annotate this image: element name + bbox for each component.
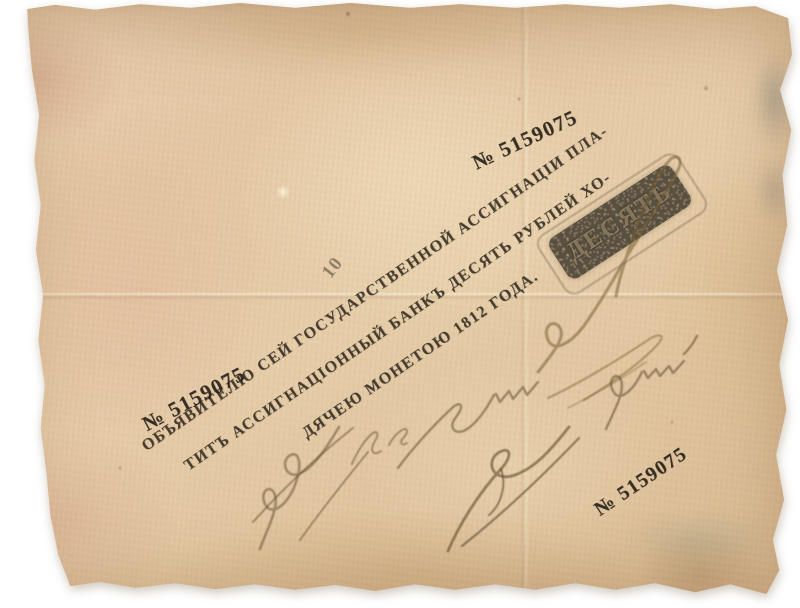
gray-stain-right-top <box>752 52 798 147</box>
signature-small-marks <box>352 429 407 464</box>
banknote-paper-wrap: № 5159075 10 ОБЪЯВИТЕЛЮ СЕЙ ГОСУДАРСТВЕН… <box>0 0 800 608</box>
obligation-text: ОБЪЯВИТЕЛЮ СЕЙ ГОСУДАРСТВЕННОЙ АССИГНАЦІ… <box>133 113 664 530</box>
showthrough-stain-bottom-right <box>628 512 773 567</box>
signature-bottom-center <box>448 427 579 551</box>
denomination-note-10: 10 <box>318 253 348 283</box>
photo-background: № 5159075 10 ОБЪЯВИТЕЛЮ СЕЙ ГОСУДАРСТВЕН… <box>0 0 800 608</box>
gray-stain-right-mid <box>754 158 796 224</box>
banknote-paper: № 5159075 10 ОБЪЯВИТЕЛЮ СЕЙ ГОСУДАРСТВЕН… <box>0 0 800 608</box>
obligation-line-2: ТИТЪ АССИГНАЦІОННЫЙ БАНКЪ ДЕСЯТЬ РУБЛЕЙ … <box>155 146 641 497</box>
signature-right <box>606 336 697 429</box>
serial-number-bottom-right: № 5159075 <box>590 443 691 522</box>
